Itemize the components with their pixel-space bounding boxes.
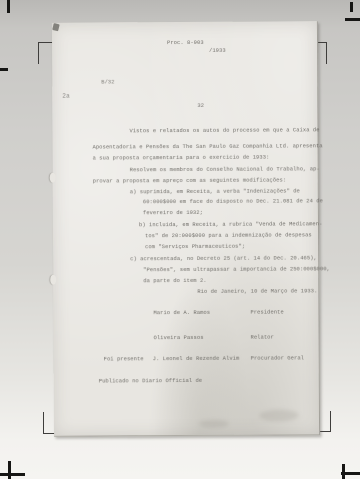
page-edge-notch (50, 173, 56, 183)
document-page: Proc. 8-903 /1933 B/32 2a 32 Vistos e re… (52, 21, 320, 436)
film-cross-bottom-left-vertical (8, 461, 11, 479)
typed-line: tos" de 20:000$000 para a indemnização d… (145, 232, 312, 240)
page-smudge (199, 420, 229, 428)
film-dash-left (0, 68, 8, 71)
page-number: 32 (197, 103, 204, 110)
film-tick-top-left (7, 0, 10, 13)
typed-line: Resolvem os membros do Conselho Nacional… (130, 166, 320, 174)
typed-line: Vistos e relatados os autos do processo … (129, 127, 319, 135)
typed-line: a) suprimida, em Receita, a verba "Inden… (130, 188, 300, 196)
typed-line: c) acrescentada, no Decreto 25 (art. 14 … (130, 255, 317, 263)
process-number: Proc. 8-903 (167, 40, 204, 47)
film-tick-top-right (350, 2, 353, 12)
signature-name: Mario de A. Ramos (153, 310, 210, 317)
signature-name: Oliveira Passos (154, 335, 204, 342)
typed-line: "Pensões", sem ultrapassar a importancia… (143, 266, 330, 274)
signature-name: J. Leonel de Rezende Alvim (153, 356, 240, 363)
signature-prefix: Foi presente (104, 356, 144, 363)
microfilm-photo-frame: Proc. 8-903 /1933 B/32 2a 32 Vistos e re… (0, 0, 360, 479)
typed-line: a sua proposta orçamentaria para o exerc… (93, 155, 270, 163)
margin-note: 2a (62, 93, 69, 100)
page-smudge (259, 409, 299, 421)
reference-code: B/32 (101, 79, 114, 86)
typed-line: b) incluida, em Receita, a rubrica "Vend… (139, 221, 322, 229)
process-year: /1933 (209, 48, 226, 55)
film-cross-bottom-right-horizontal (341, 472, 360, 475)
signature-role: Procurador Geral (251, 355, 304, 362)
film-cross-bottom-left-horizontal (0, 473, 25, 476)
typed-line: com "Serviços Pharmaceuticos"; (145, 244, 245, 252)
page-edge-notch (50, 275, 56, 285)
publication-note: Publicado no Diario Official de (99, 378, 202, 386)
page-corner-blot (52, 23, 59, 31)
typed-line: provar a proposta em apreço com as segui… (93, 177, 286, 185)
typed-line: Aposentadoria e Pensões da The San Paulo… (93, 143, 323, 151)
date-line: Rio de Janeiro, 10 de Março de 1933. (197, 288, 317, 296)
signature-role: Relator (251, 335, 274, 342)
film-dash-right (345, 18, 360, 21)
typed-line: da parte do item 2. (143, 278, 206, 285)
typed-line: fevereiro de 1932; (143, 210, 203, 217)
typed-line: 60:000$000 em face do disposto no Dec. 2… (143, 198, 323, 206)
signature-role: Presidente (250, 309, 283, 316)
